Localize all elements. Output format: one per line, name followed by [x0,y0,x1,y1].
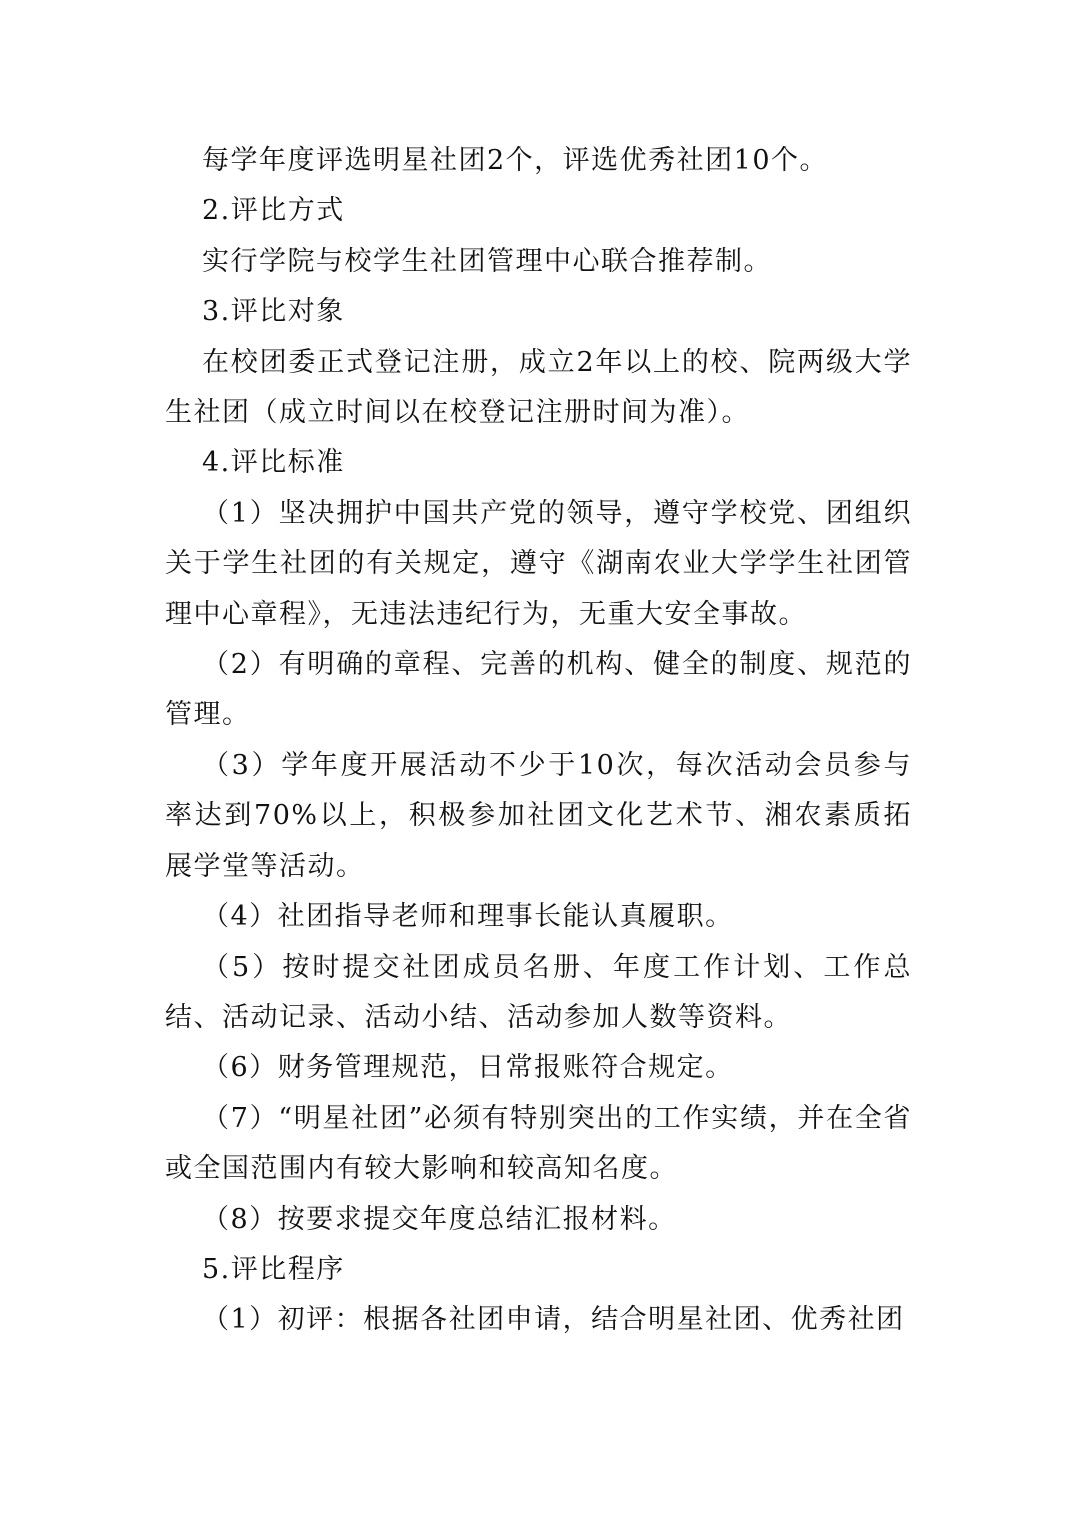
criteria-item-1: （1）坚决拥护中国共产党的领导，遵守学校党、团组织关于学生社团的有关规定，遵守《… [165,489,912,640]
section-heading-method: 2.评比方式 [165,186,912,236]
section-heading-target: 3.评比对象 [165,287,912,337]
criteria-item-3: （3）学年度开展活动不少于10次，每次活动会员参与率达到70%以上，积极参加社团… [165,741,912,892]
criteria-item-7: （7）“明星社团”必须有特别突出的工作实绩，并在全省或全国范围内有较大影响和较高… [165,1094,912,1195]
paragraph-target: 在校团委正式登记注册，成立2年以上的校、院两级大学生社团（成立时间以在校登记注册… [165,338,912,439]
criteria-item-4: （4）社团指导老师和理事长能认真履职。 [165,892,912,942]
criteria-item-8: （8）按要求提交年度总结汇报材料。 [165,1195,912,1245]
paragraph-quota: 每学年度评选明星社团2个，评选优秀社团10个。 [165,136,912,186]
paragraph-method: 实行学院与校学生社团管理中心联合推荐制。 [165,237,912,287]
section-heading-criteria: 4.评比标准 [165,438,912,488]
document-page: 每学年度评选明星社团2个，评选优秀社团10个。 2.评比方式 实行学院与校学生社… [165,136,912,1346]
procedure-item-1: （1）初评：根据各社团申请，结合明星社团、优秀社团 [165,1295,912,1345]
criteria-item-2: （2）有明确的章程、完善的机构、健全的制度、规范的管理。 [165,640,912,741]
criteria-item-6: （6）财务管理规范，日常报账符合规定。 [165,1043,912,1093]
criteria-item-5: （5）按时提交社团成员名册、年度工作计划、工作总结、活动记录、活动小结、活动参加… [165,943,912,1044]
section-heading-procedure: 5.评比程序 [165,1245,912,1295]
